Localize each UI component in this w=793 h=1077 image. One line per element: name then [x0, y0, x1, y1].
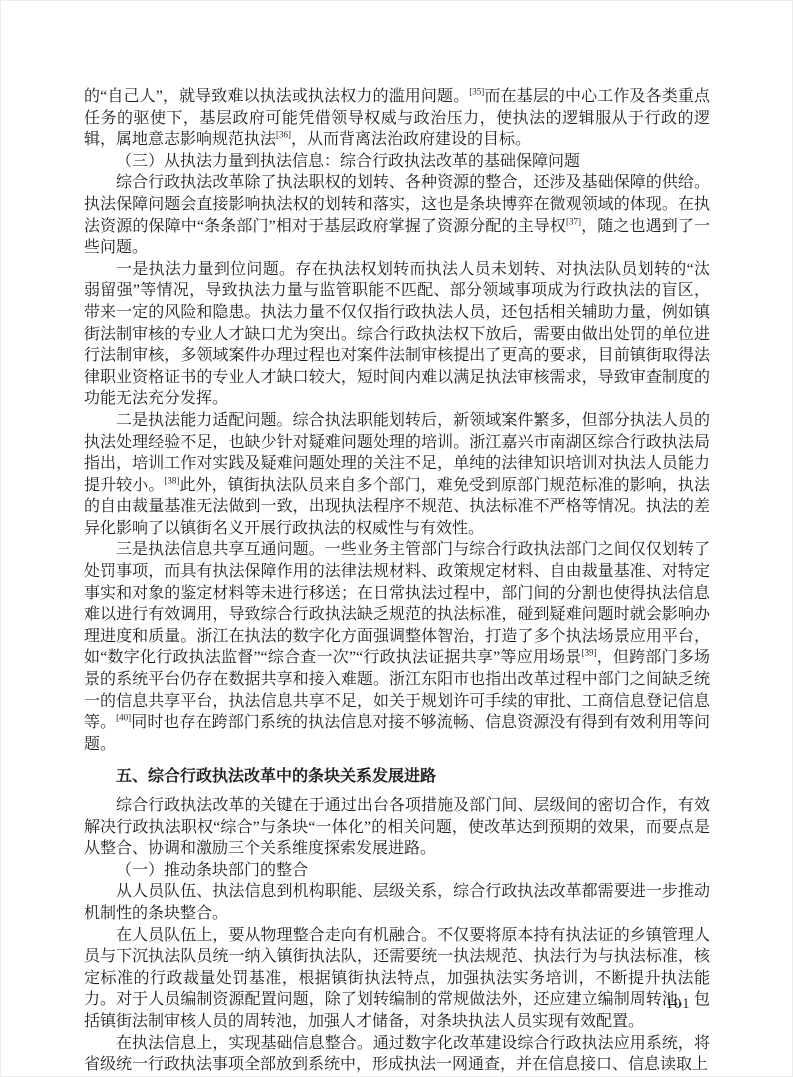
- page-body: 的“自己人”，就导致难以执法或执法权力的滥用问题。[35]而在基层的中心工作及各…: [84, 86, 710, 1076]
- paragraph: 从人员队伍、执法信息到机构职能、层级关系，综合行政执法改革都需要进一步推动机制性…: [84, 881, 710, 924]
- sub-heading: （三）从执法力量到执法信息：综合行政执法改革的基础保障问题: [84, 151, 710, 173]
- paragraph: 在执法信息上，实现基础信息整合。通过数字化改革建设综合行政执法应用系统，将省级统…: [84, 1033, 710, 1076]
- footnote-ref: [36]: [276, 130, 291, 140]
- sub-heading: （一）推动条块部门的整合: [84, 860, 710, 882]
- paragraph: 一是执法力量到位问题。存在执法权划转而执法人员未划转、对执法队员划转的“汰弱留强…: [84, 259, 710, 410]
- paragraph: 的“自己人”，就导致难以执法或执法权力的滥用问题。[35]而在基层的中心工作及各…: [84, 86, 710, 151]
- paragraph: 三是执法信息共享互通问题。一些业务主管部门与综合行政执法部门之间仅仅划转了处罚事…: [84, 539, 710, 755]
- paragraph: 综合行政执法改革的关键在于通过出台各项措施及部门间、层级间的密切合作，有效解决行…: [84, 795, 710, 860]
- page-number: · 101 ·: [655, 996, 701, 1013]
- journal-page: 的“自己人”，就导致难以执法或执法权力的滥用问题。[35]而在基层的中心工作及各…: [0, 0, 793, 1077]
- paragraph: 综合行政执法改革除了执法职权的划转、各种资源的整合，还涉及基础保障的供给。执法保…: [84, 172, 710, 258]
- footnote-ref: [39]: [581, 648, 596, 658]
- paragraph: 二是执法能力适配问题。综合执法职能划转后，新领域案件繁多，但部分执法人员的执法处…: [84, 410, 710, 540]
- footnote-ref: [38]: [164, 475, 179, 485]
- footnote-ref: [35]: [469, 87, 484, 97]
- paragraph: 在人员队伍上，要从物理整合走向有机融合。不仅要将原本持有执法证的乡镇管理人员与下…: [84, 925, 710, 1033]
- footnote-ref: [40]: [116, 713, 131, 723]
- footnote-ref: [37]: [566, 216, 581, 226]
- section-heading: 五、综合行政执法改革中的条块关系发展进路: [84, 766, 710, 788]
